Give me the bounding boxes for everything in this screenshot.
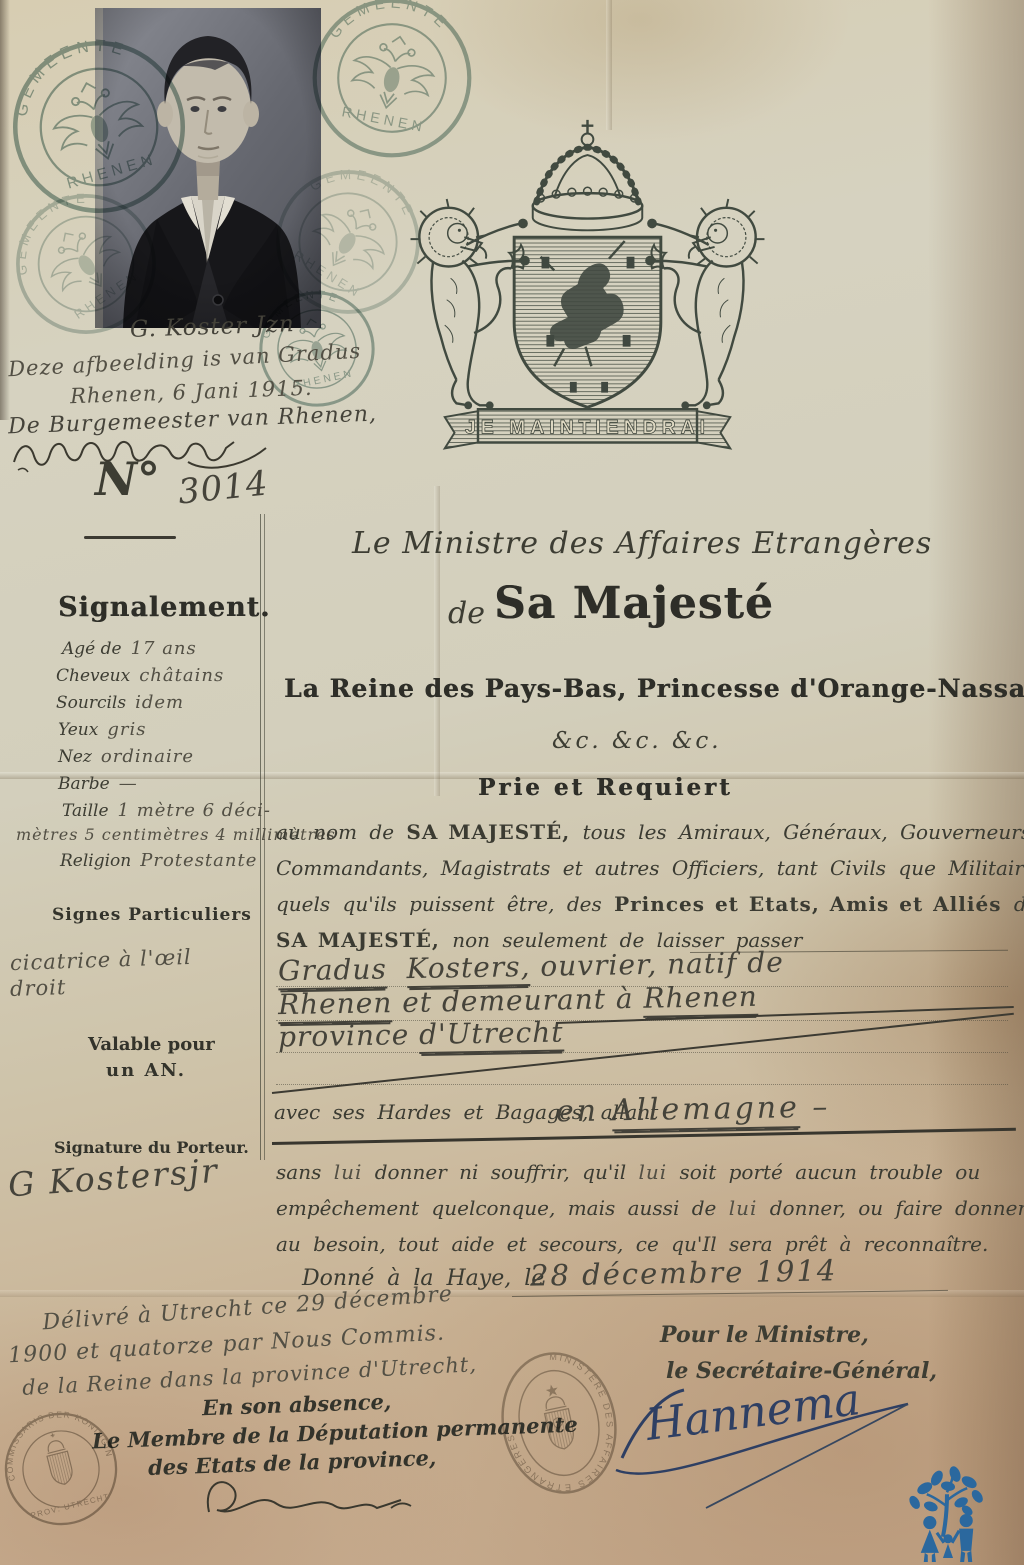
body-p2-line3: au besoin, tout aide et secours, ce qu'I… — [276, 1232, 988, 1256]
crown-icon — [533, 120, 643, 230]
porteur-signature: G Kostersjr — [7, 1151, 220, 1205]
lion-supporter-right — [645, 199, 764, 409]
archive-family-tree-logo — [902, 1466, 994, 1562]
signalement-row: ReligionProtestante — [60, 850, 257, 871]
destination-line: en Allemagne – — [556, 1090, 831, 1130]
hannema-signature-text: Hannema — [642, 1374, 863, 1451]
signalement-heading: Signalement. — [58, 592, 270, 623]
body-p2-line1: sans lui donner ni souffrir, qu'il lui s… — [276, 1160, 980, 1184]
form-rule — [276, 986, 1008, 987]
deputy-signature — [195, 1468, 425, 1528]
bearer-line3: province d'Utrecht — [278, 1016, 564, 1054]
signalement-row: Yeuxgris — [58, 719, 146, 740]
prie-et-requiert-heading: Prie et Requiert — [478, 774, 733, 801]
title-line2-main: Sa Majesté — [494, 578, 774, 629]
fold-crease-vertical-2 — [606, 0, 612, 130]
shield-icon — [514, 237, 661, 407]
body-p1-line2: Commandants, Magistrats et autres Offici… — [276, 856, 1024, 880]
signature-porteur-heading: Signature du Porteur. — [54, 1138, 249, 1157]
passport-document: GEMEENTE RHENEN — [0, 0, 1024, 1565]
motto-banner: JE MAINTIENDRAI — [445, 409, 731, 448]
title-line1: Le Ministre des Affaires Etrangères — [352, 526, 932, 561]
commissaris-stamp: COMMISSARIS DER KONINGIN PROV: UTRECHT — [0, 1397, 133, 1540]
crowned-shield-icon — [539, 1382, 576, 1451]
signalement-row: Agé de17 ans — [62, 638, 197, 659]
signalement-row: Cheveuxchâtains — [56, 665, 224, 686]
lion-supporter-icon — [411, 199, 530, 409]
hannema-signature: Hannema — [608, 1366, 928, 1516]
date-handwritten: 28 décembre 1914 — [530, 1253, 838, 1292]
title-line3: La Reine des Pays-Bas, Princesse d'Orang… — [284, 674, 1024, 703]
paper-right-shadow — [928, 0, 1024, 1565]
tree-icon — [907, 1466, 985, 1537]
signalement-row: Sourcilsidem — [56, 692, 184, 713]
signalement-row: Nezordinaire — [58, 746, 194, 767]
title-line2-prefix: de — [448, 596, 485, 631]
motto-text: JE MAINTIENDRAI — [465, 417, 710, 439]
body-p1-line1: au nom de SA MAJESTÉ, tous les Amiraux, … — [276, 820, 1024, 844]
minister-line1: Pour le Ministre, — [660, 1322, 869, 1348]
valable-line1: Valable pour — [88, 1034, 215, 1055]
signalement-row: Barbe— — [58, 773, 138, 794]
signes-line2: droit — [10, 975, 67, 1001]
signes-particuliers-heading: Signes Particuliers — [52, 905, 252, 925]
commissaris-stamp-text-bottom: PROV: UTRECHT — [30, 1492, 111, 1520]
decorative-dash — [84, 536, 176, 539]
signalement-row: Taille1 mètre 6 déci- — [62, 800, 271, 821]
number-value: 3014 — [176, 463, 270, 512]
number-label: N° — [95, 452, 160, 506]
body-p1-line3: quels qu'ils puissent être, des Princes … — [276, 892, 1024, 916]
valable-line2: un AN. — [106, 1060, 186, 1081]
ministere-stamp: MINISTÈRE DES AFFAIRES ÉTRANGÈRES — [484, 1337, 635, 1509]
body-p2-line2: empêchement quelconque, mais aussi de lu… — [276, 1196, 1024, 1220]
signes-line1: cicatrice à l'œil — [10, 945, 192, 975]
crowned-shield-icon — [42, 1431, 75, 1487]
title-line4: &c. &c. &c. — [552, 728, 722, 754]
royal-coat-of-arms: JE MAINTIENDRAI — [360, 112, 815, 464]
issued-line4: En son absence, — [202, 1389, 392, 1421]
form-rule — [276, 1084, 1008, 1085]
